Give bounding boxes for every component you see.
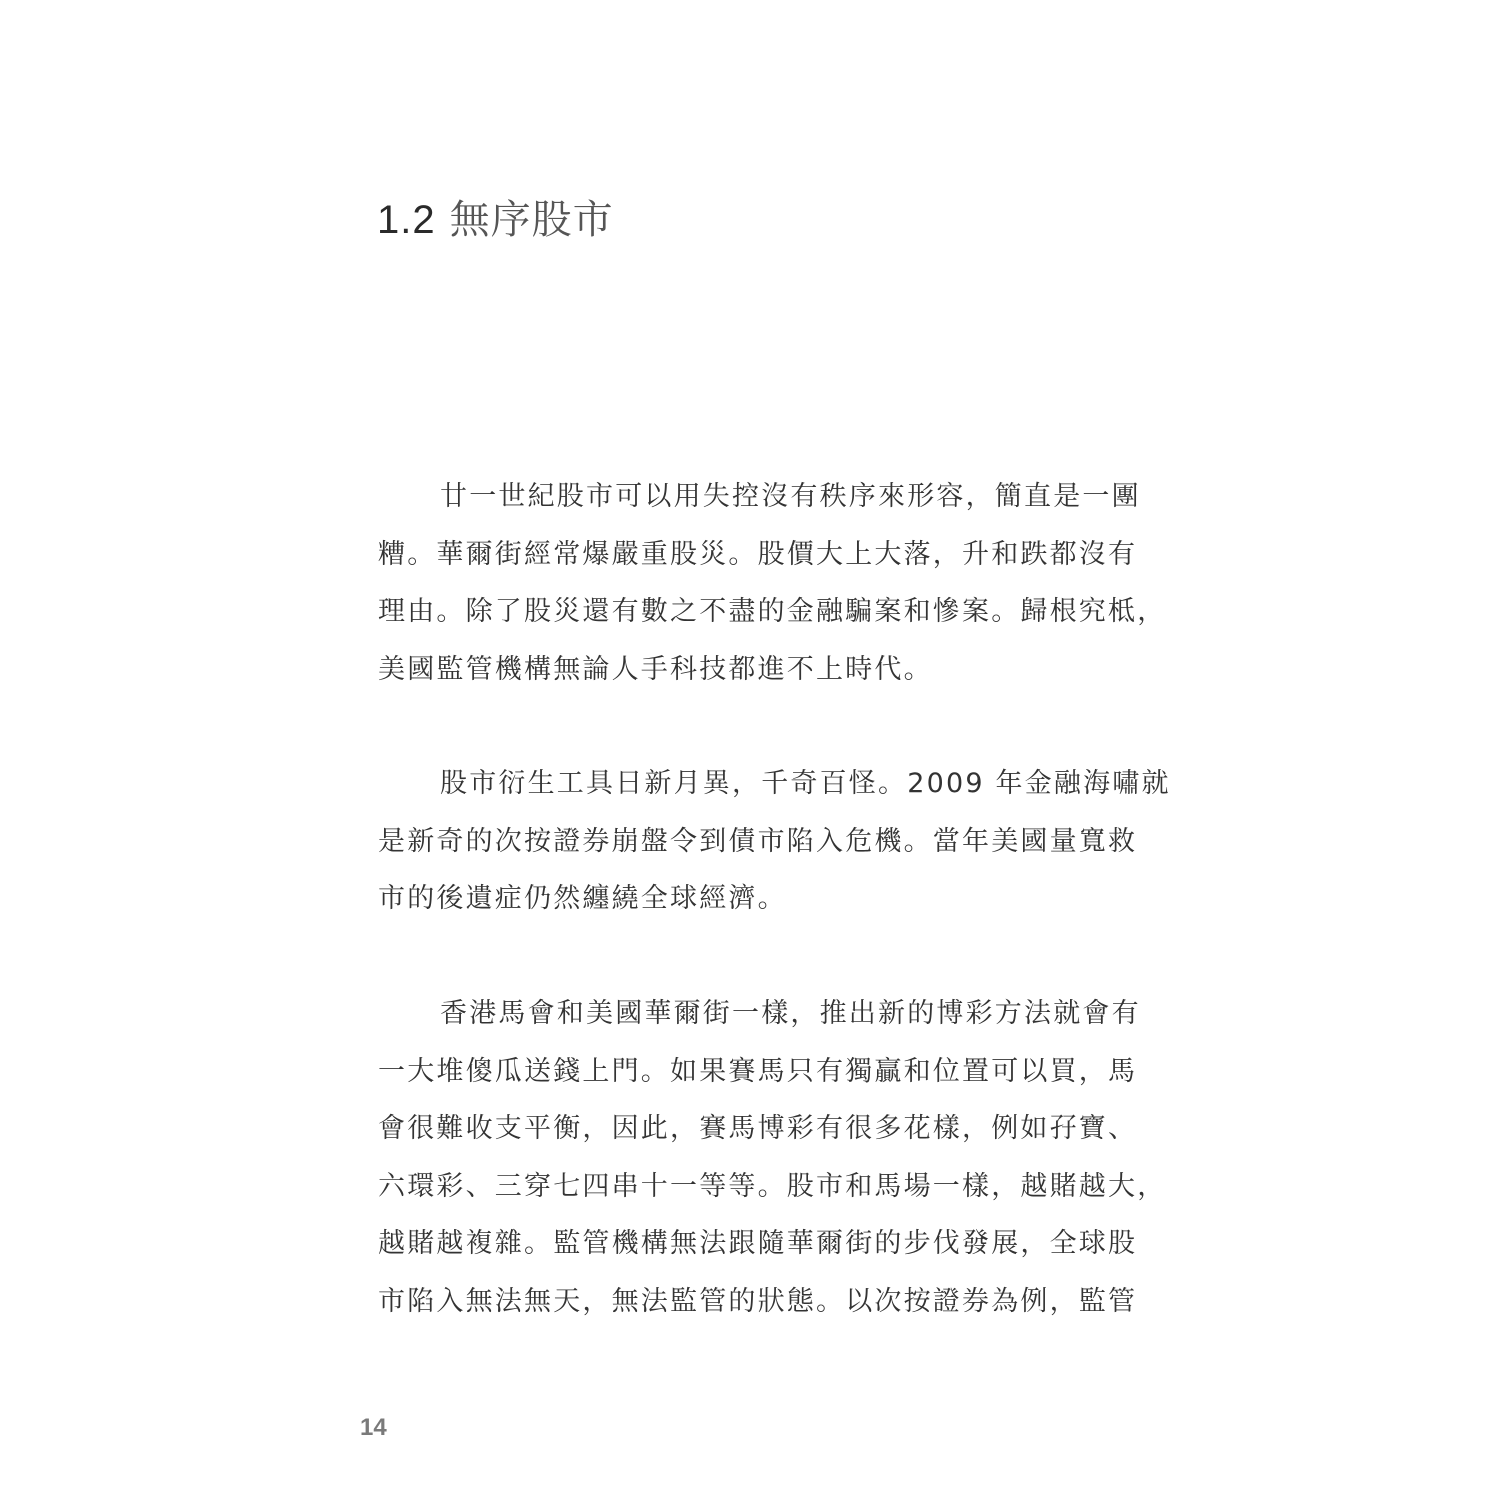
- paragraph-line: 一大堆傻瓜送錢上門。如果賽馬只有獨贏和位置可以買，馬: [378, 1043, 1168, 1101]
- paragraph-1: 廿一世紀股市可以用失控沒有秩序來形容，簡直是一團 糟。華爾街經常爆嚴重股災。股價…: [378, 468, 1168, 698]
- paragraph-line: 越賭越複雜。監管機構無法跟隨華爾街的步伐發展，全球股: [378, 1215, 1168, 1273]
- paragraph-line: 糟。華爾街經常爆嚴重股災。股價大上大落，升和跌都沒有: [378, 526, 1168, 584]
- paragraph-line: 六環彩、三穿七四串十一等等。股市和馬場一樣，越賭越大，: [378, 1158, 1168, 1216]
- paragraph-line: 股市衍生工具日新月異，千奇百怪。2009 年金融海嘯就: [378, 755, 1168, 813]
- paragraph-line: 市的後遺症仍然纏繞全球經濟。: [378, 870, 1168, 928]
- section-title: 無序股市: [450, 197, 614, 243]
- paragraph-line: 市陷入無法無天，無法監管的狀態。以次按證券為例，監管: [378, 1273, 1168, 1331]
- paragraph-2: 股市衍生工具日新月異，千奇百怪。2009 年金融海嘯就 是新奇的次按證券崩盤令到…: [378, 755, 1168, 928]
- paragraph-3: 香港馬會和美國華爾街一樣，推出新的博彩方法就會有 一大堆傻瓜送錢上門。如果賽馬只…: [378, 985, 1168, 1330]
- paragraph-line: 香港馬會和美國華爾街一樣，推出新的博彩方法就會有: [378, 985, 1168, 1043]
- page-number: 14: [360, 1414, 387, 1442]
- paragraph-line: 美國監管機構無論人手科技都進不上時代。: [378, 641, 1168, 699]
- paragraph-line: 廿一世紀股市可以用失控沒有秩序來形容，簡直是一團: [378, 468, 1168, 526]
- paragraph-line: 理由。除了股災還有數之不盡的金融騙案和慘案。歸根究柢，: [378, 583, 1168, 641]
- book-page: 1.2無序股市 廿一世紀股市可以用失控沒有秩序來形容，簡直是一團 糟。華爾街經常…: [0, 0, 1500, 1500]
- section-heading: 1.2無序股市: [377, 192, 614, 248]
- paragraph-line: 是新奇的次按證券崩盤令到債市陷入危機。當年美國量寬救: [378, 813, 1168, 871]
- paragraph-line: 會很難收支平衡，因此，賽馬博彩有很多花樣，例如孖寶、: [378, 1100, 1168, 1158]
- section-number: 1.2: [377, 198, 436, 242]
